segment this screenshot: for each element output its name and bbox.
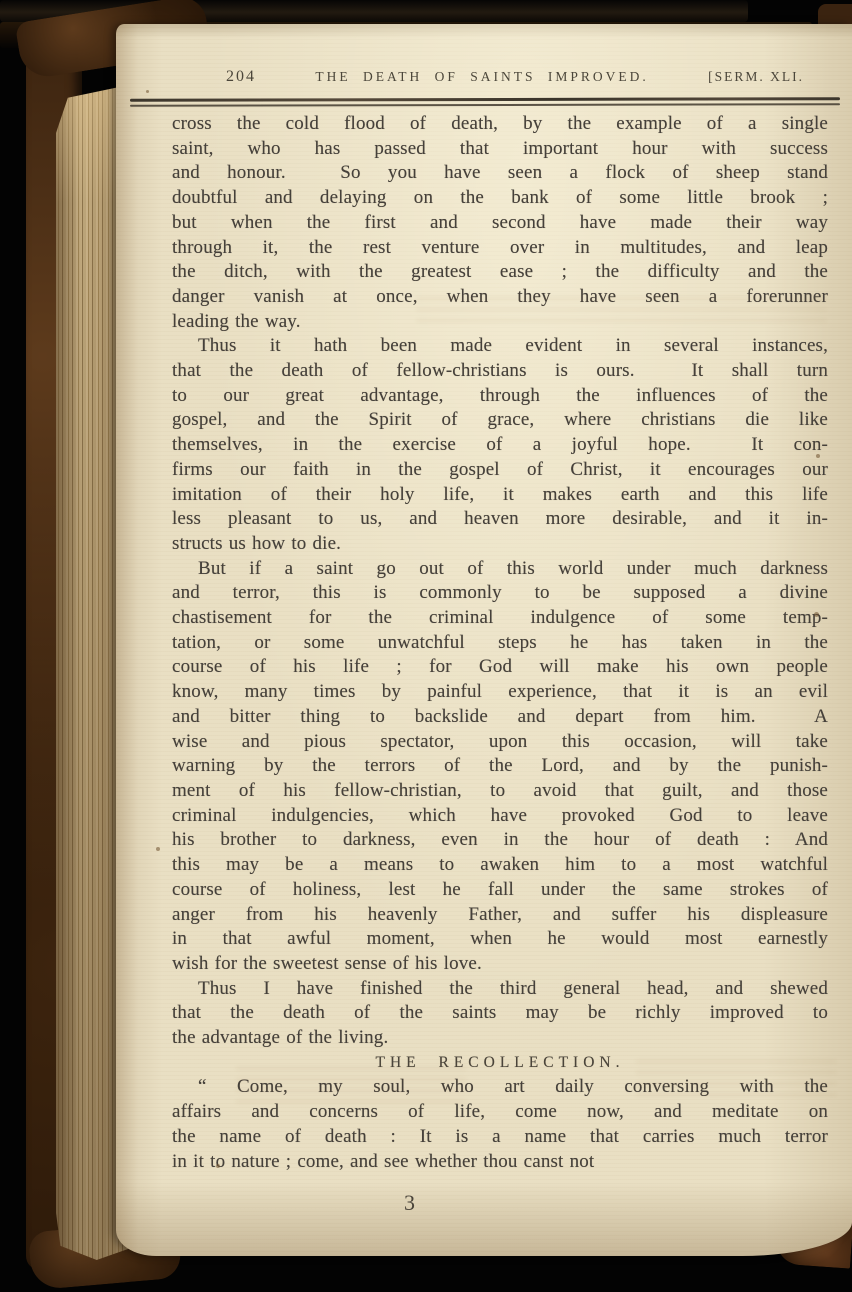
paragraph: Thus I have finished the third general h… <box>172 977 828 1051</box>
text-line: themselves, in the exercise of a joyful … <box>172 433 828 458</box>
text-line: ment of his fellow-christian, to avoid t… <box>172 779 828 804</box>
paragraph: But if a saint go out of this world unde… <box>172 557 828 977</box>
text-line: tation, or some unwatchful steps he has … <box>172 631 828 656</box>
text-line: anger from his heavenly Father, and suff… <box>172 903 828 928</box>
text-line: course of his life ; for God will make h… <box>172 655 828 680</box>
text-line: criminal indulgencies, which have provok… <box>172 804 828 829</box>
text-line: the advantage of the living. <box>172 1026 828 1051</box>
text-line: affairs and concerns of life, come now, … <box>172 1100 828 1125</box>
rule-thick <box>130 97 840 101</box>
text-line: Thus it hath been made evident in severa… <box>172 334 828 359</box>
text-line: in it to nature ; come, and see whether … <box>172 1150 828 1175</box>
foxing-speck <box>216 1164 220 1168</box>
text-line: saint, who has passed that important hou… <box>172 137 828 162</box>
text-line: course of holiness, lest he fall under t… <box>172 878 828 903</box>
text-line: But if a saint go out of this world unde… <box>172 557 828 582</box>
rule-thin <box>130 103 840 106</box>
text-line: structs us how to die. <box>172 532 828 557</box>
text-line: and terror, this is commonly to be suppo… <box>172 581 828 606</box>
text-line: wish for the sweetest sense of his love. <box>172 952 828 977</box>
text-line: Thus I have finished the third general h… <box>172 977 828 1002</box>
text-line: this may be a means to awaken him to a m… <box>172 853 828 878</box>
foxing-speck <box>146 90 149 93</box>
text-line: doubtful and delaying on the bank of som… <box>172 186 828 211</box>
foxing-speck <box>816 454 820 458</box>
signature-mark: 3 <box>404 1190 415 1216</box>
text-line: but when the first and second have made … <box>172 211 828 236</box>
text-line: imitation of their holy life, it makes e… <box>172 483 828 508</box>
paragraph: Thus it hath been made evident in severa… <box>172 334 828 556</box>
running-title: THE DEATH OF SAINTS IMPROVED. <box>256 69 708 85</box>
text-line: warning by the terrors of the Lord, and … <box>172 754 828 779</box>
header-double-rule <box>130 97 840 106</box>
text-line: less pleasant to us, and heaven more des… <box>172 507 828 532</box>
text-line: chastisement for the criminal indulgence… <box>172 606 828 631</box>
running-head: 204 THE DEATH OF SAINTS IMPROVED. [SERM.… <box>116 68 852 86</box>
text-line: cross the cold flood of death, by the ex… <box>172 112 828 137</box>
text-line: know, many times by painful experience, … <box>172 680 828 705</box>
text-line: in that awful moment, when he would most… <box>172 927 828 952</box>
book-photo: 204 THE DEATH OF SAINTS IMPROVED. [SERM.… <box>0 0 852 1292</box>
text-line: that the death of fellow-christians is o… <box>172 359 828 384</box>
text-line: and bitter thing to backslide and depart… <box>172 705 828 730</box>
sermon-number-label: [SERM. XLI. <box>708 69 804 85</box>
foxing-speck <box>814 612 819 617</box>
text-line: the ditch, with the greatest ease ; the … <box>172 260 828 285</box>
foxing-speck <box>156 847 160 851</box>
text-line: that the death of the saints may be rich… <box>172 1001 828 1026</box>
text-line: firms our faith in the gospel of Christ,… <box>172 458 828 483</box>
text-line: through it, the rest venture over in mul… <box>172 236 828 261</box>
text-line: wise and pious spectator, upon this occa… <box>172 730 828 755</box>
text-line: to our great advantage, through the infl… <box>172 384 828 409</box>
text-line: his brother to darkness, even in the hou… <box>172 828 828 853</box>
page-text: cross the cold flood of death, by the ex… <box>172 112 828 1174</box>
book-page: 204 THE DEATH OF SAINTS IMPROVED. [SERM.… <box>116 24 852 1256</box>
bleed-through-smudge <box>636 1052 836 1096</box>
text-line: gospel, and the Spirit of grace, where c… <box>172 408 828 433</box>
bleed-through-smudge <box>236 1059 466 1103</box>
page-number: 204 <box>226 68 256 86</box>
text-line: the name of death : It is a name that ca… <box>172 1125 828 1150</box>
text-line: and honour. So you have seen a flock of … <box>172 161 828 186</box>
bleed-through-smudge <box>416 294 826 322</box>
